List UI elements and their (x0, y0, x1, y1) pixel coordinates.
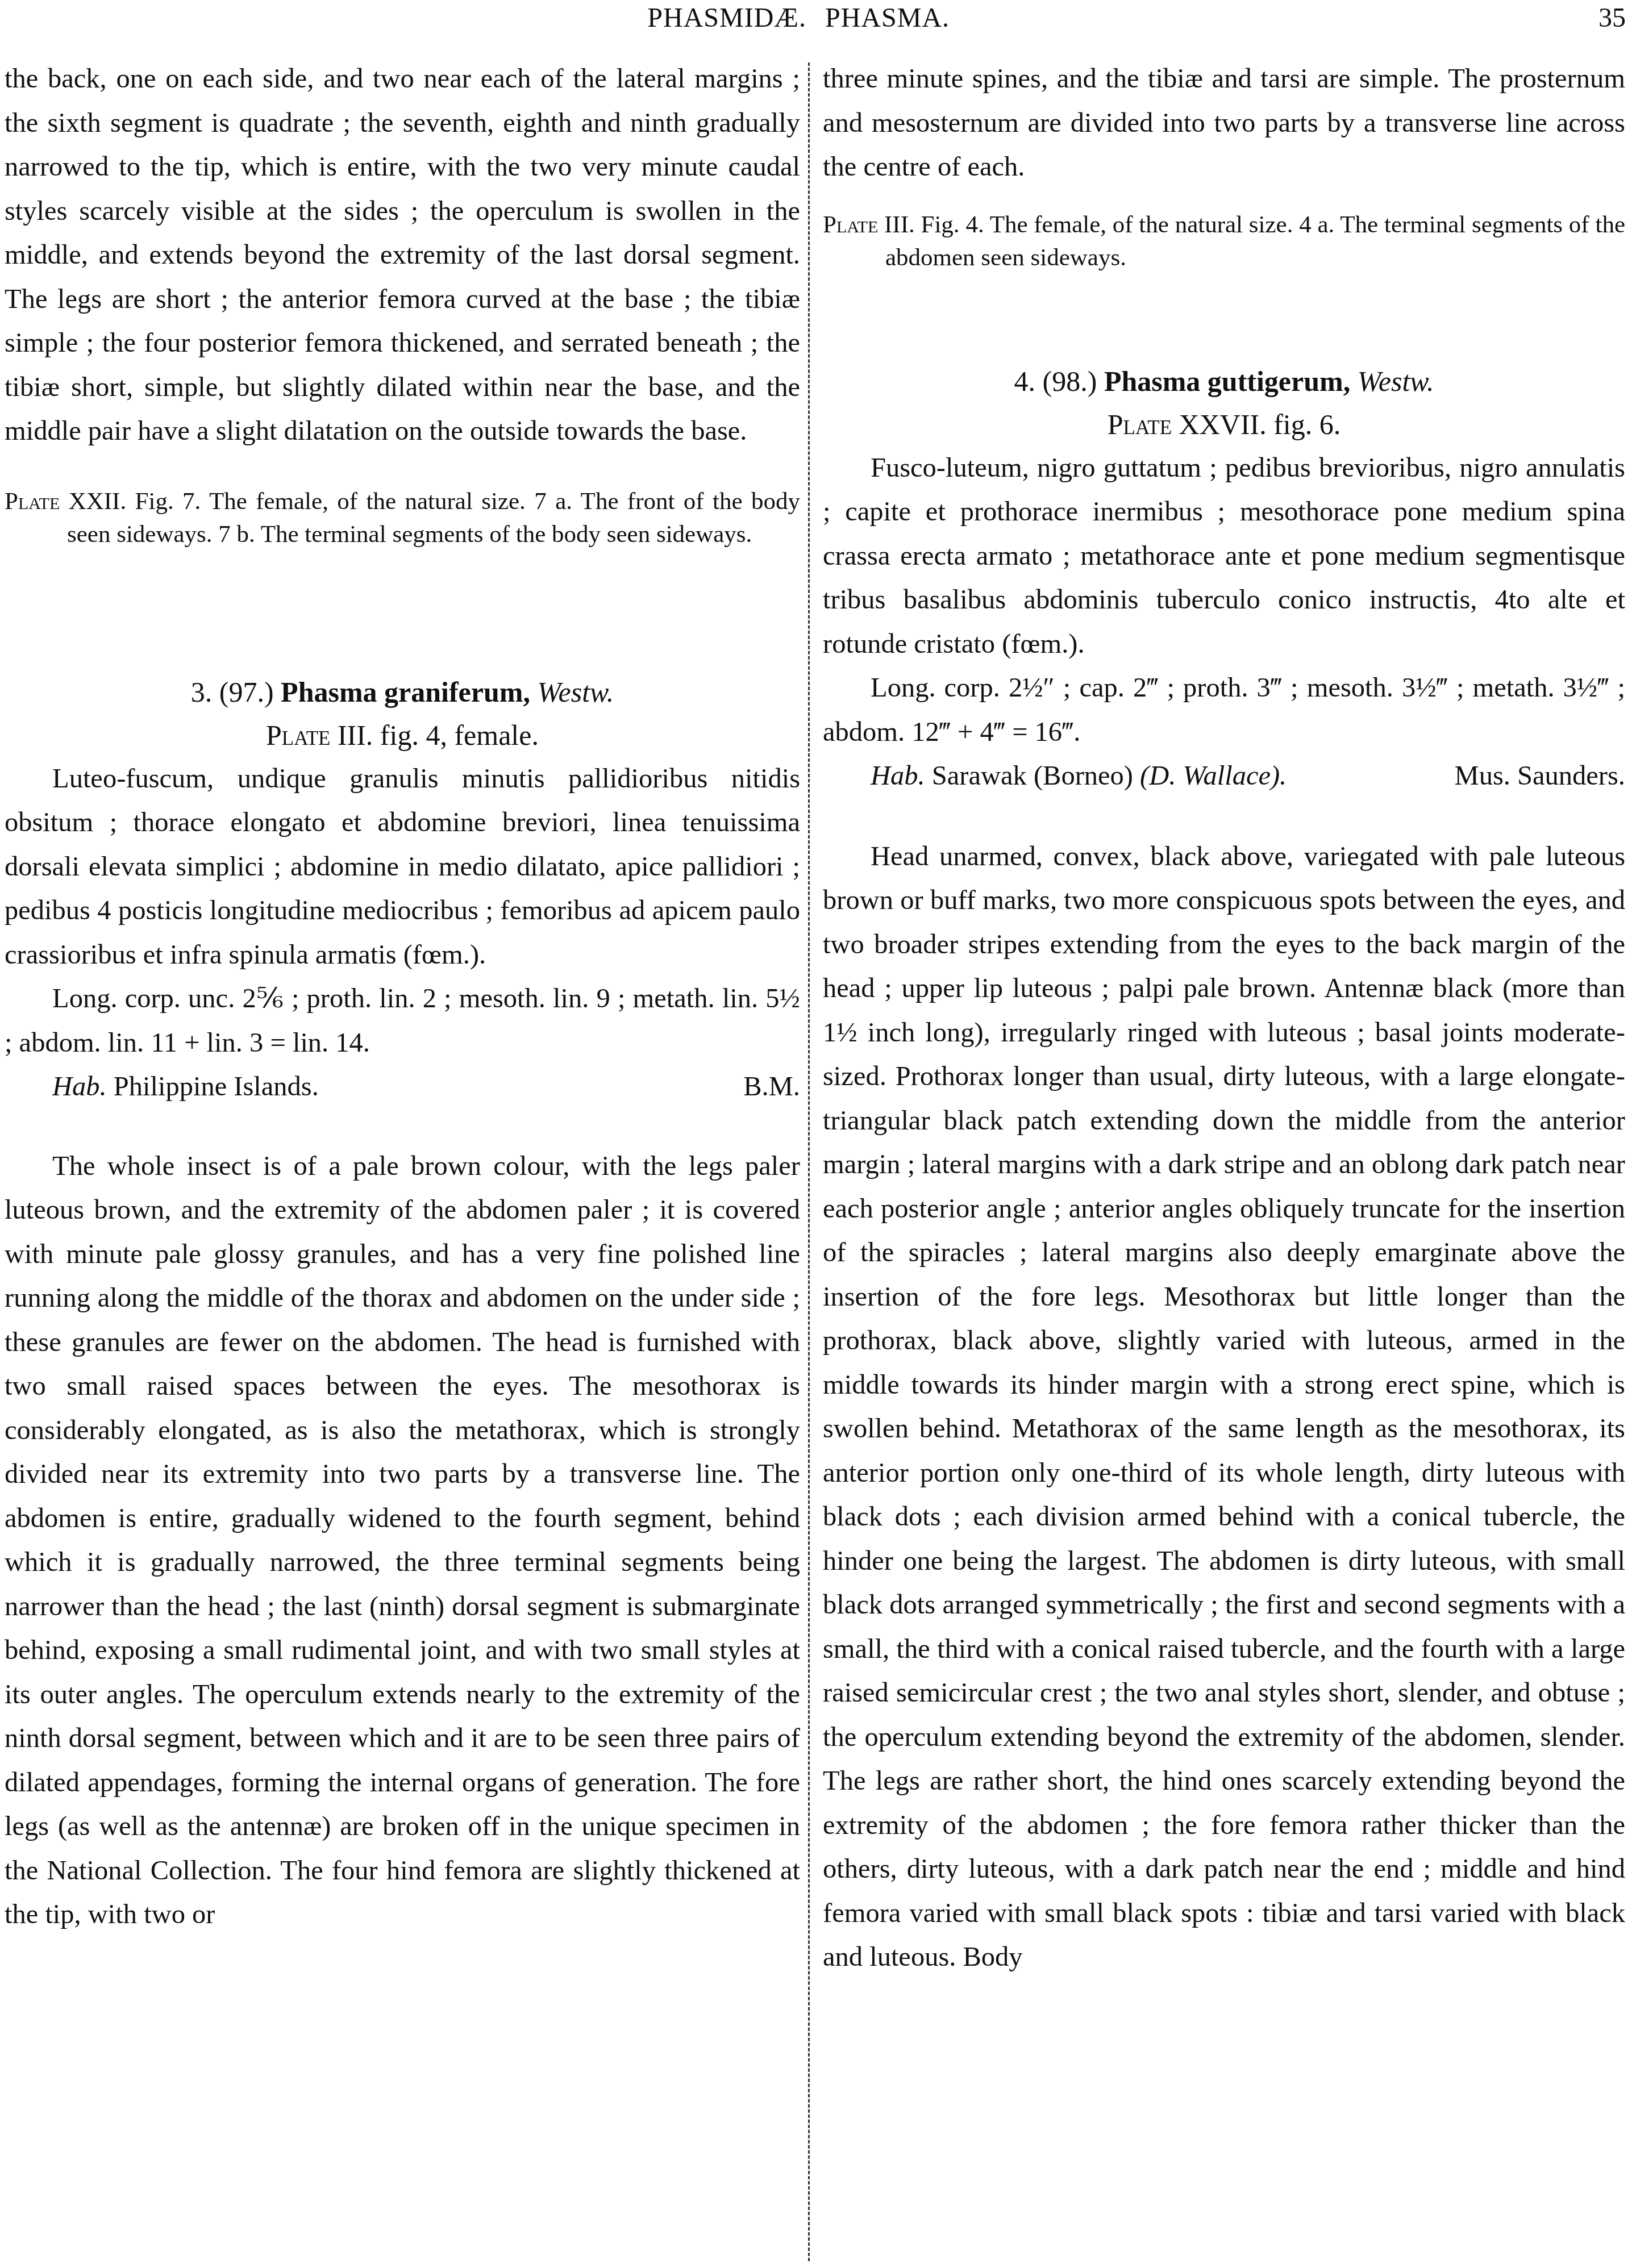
species-description: Head unarmed, convex, black above, varie… (823, 835, 1625, 1979)
species-measurements: Long. corp. unc. 2⅚ ; proth. lin. 2 ; me… (5, 977, 800, 1065)
page-number: 35 (1598, 2, 1626, 34)
species-heading: 4. (98.) Phasma guttigerum, Westw. (823, 360, 1625, 403)
running-head-genus: PHASMA. (825, 2, 950, 34)
species-plate-reference: Plate XXVII. fig. 6. (823, 403, 1625, 446)
right-column: three minute spines, and the tibiæ and t… (823, 57, 1625, 1979)
habitat-label: Hab. (52, 1072, 107, 1102)
plate-caption-label: Plate XXII. (5, 488, 126, 515)
habitat-label: Hab. (871, 761, 925, 791)
species-measurements: Long. corp. 2½″ ; cap. 2‴ ; proth. 3‴ ; … (823, 666, 1625, 754)
plate-caption-label: Plate III. (823, 211, 915, 238)
plate-caption: Plate XXII. Fig. 7. The female, of the n… (5, 485, 800, 551)
plate-caption: Plate III. Fig. 4. The female, of the na… (823, 209, 1625, 274)
plate-label: Plate (1108, 408, 1172, 440)
continued-paragraph: three minute spines, and the tibiæ and t… (823, 57, 1625, 189)
habitat-location: Sarawak (Borneo) (932, 761, 1133, 791)
species-plate-reference: Plate III. fig. 4, female. (5, 714, 800, 757)
collection-name: Mus. Saunders. (1455, 754, 1625, 798)
species-heading: 3. (97.) Phasma graniferum, Westw. (5, 670, 800, 714)
collection-abbrev: B.M. (743, 1065, 800, 1109)
plate-ref: XXVII. fig. 6. (1179, 408, 1341, 440)
species-name: Phasma guttigerum, (1104, 365, 1350, 397)
species-diagnosis: Luteo-fuscum, undique granulis minutis p… (5, 757, 800, 977)
species-name: Phasma graniferum, (281, 676, 530, 708)
column-divider (808, 62, 810, 2261)
plate-caption-text: Fig. 7. The female, of the natural size.… (67, 488, 800, 548)
running-head: PHASMIDÆ. PHASMA. 35 (0, 0, 1636, 57)
running-head-family: PHASMIDÆ. (647, 2, 806, 34)
species-author: Westw. (537, 676, 614, 708)
species-habitat: Hab. Philippine Islands. B.M. (5, 1065, 800, 1109)
collector: (D. Wallace). (1140, 761, 1287, 791)
plate-ref: III. fig. 4, female. (338, 719, 539, 751)
continued-paragraph: the back, one on each side, and two near… (5, 57, 800, 453)
species-author: Westw. (1358, 365, 1434, 397)
plate-label: Plate (266, 719, 330, 751)
left-column: the back, one on each side, and two near… (5, 57, 800, 1937)
species-number: 3. (97.) (191, 676, 274, 708)
plate-caption-text: Fig. 4. The female, of the natural size.… (885, 211, 1625, 271)
habitat-location: Philippine Islands. (114, 1072, 319, 1102)
species-description: The whole insect is of a pale brown colo… (5, 1144, 800, 1937)
species-habitat: Hab. Sarawak (Borneo) (D. Wallace). Mus.… (823, 754, 1625, 798)
species-number: 4. (98.) (1014, 365, 1097, 397)
species-diagnosis: Fusco-luteum, nigro guttatum ; pedibus b… (823, 446, 1625, 666)
